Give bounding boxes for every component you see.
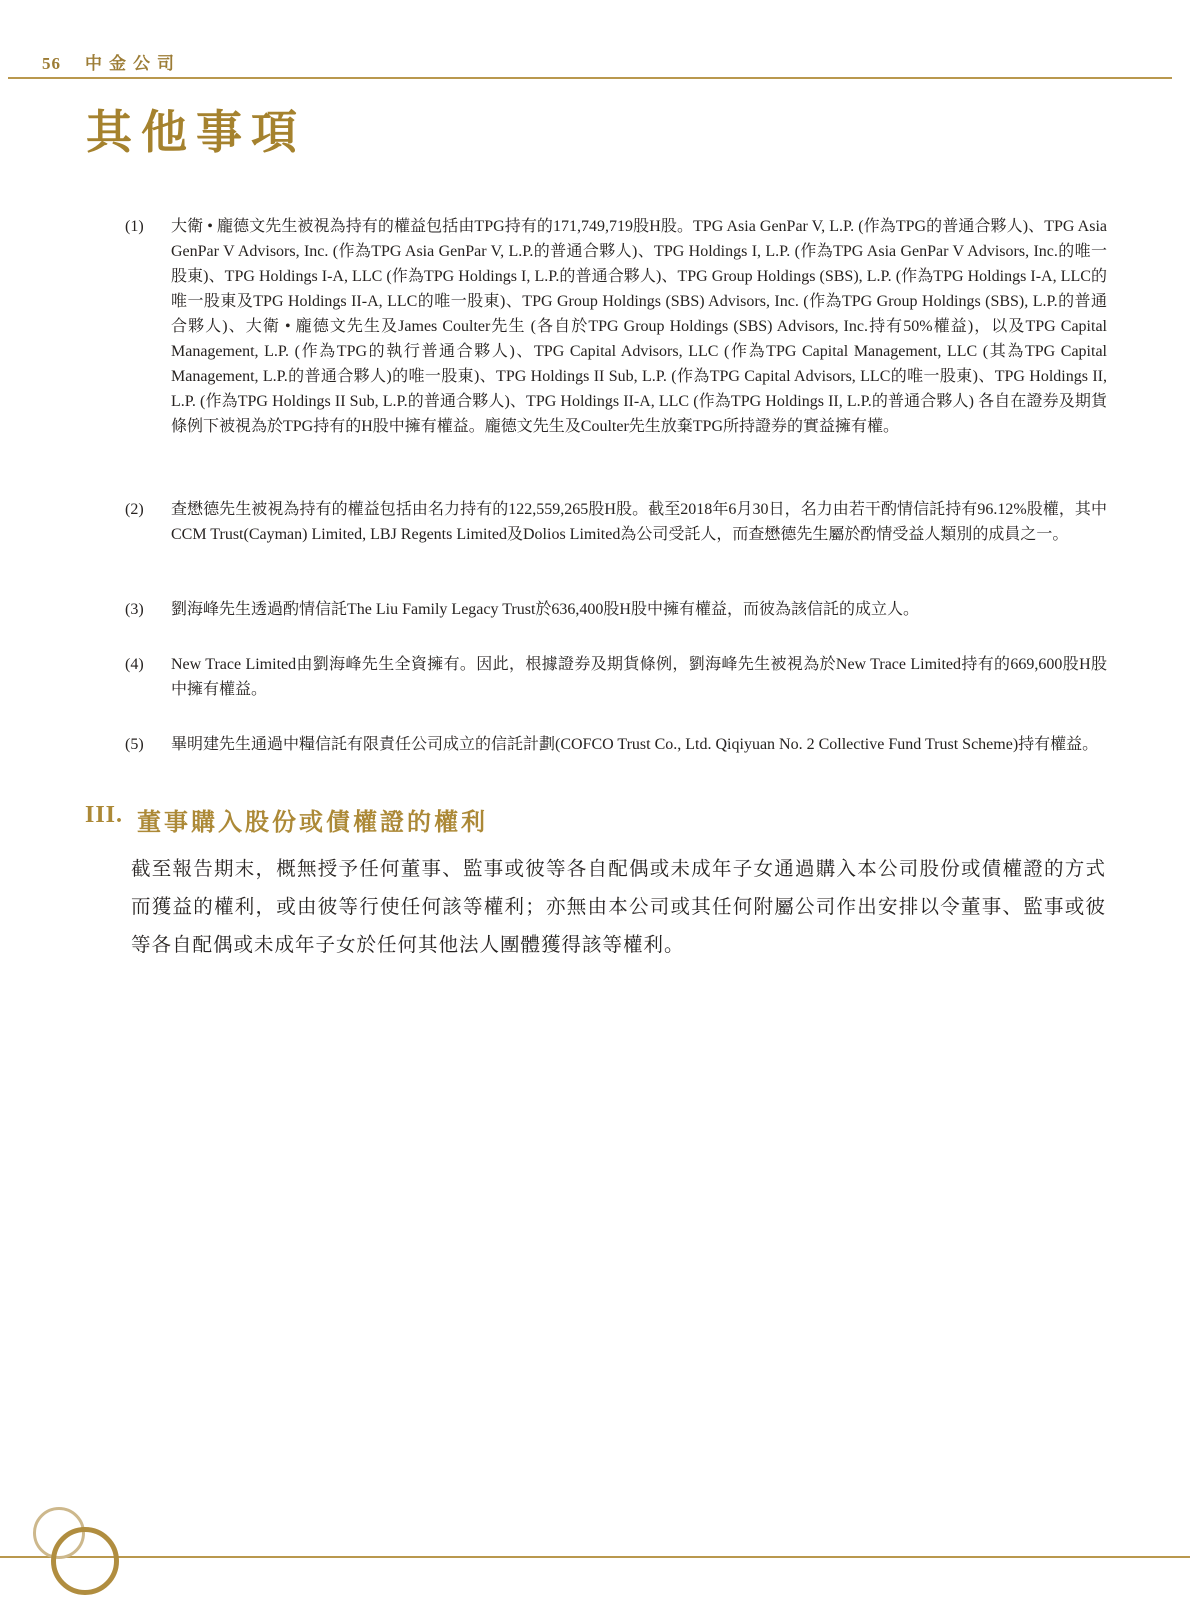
section-body: 截至報告期末，概無授予任何董事、監事或彼等各自配偶或未成年子女通過購入本公司股份… [131,851,1106,965]
section-heading-text: 董事購入股份或債權證的權利 [137,802,488,837]
footnote-item: (4) New Trace Limited由劉海峰先生全資擁有。因此，根據證券及… [125,652,1107,702]
document-page: 56中金公司 其他事項 (1) 大衛 • 龐德文先生被視為持有的權益包括由TPG… [0,0,1190,1615]
footnote-marker: (1) [125,214,171,239]
footnote-text: 畢明建先生通過中糧信託有限責任公司成立的信託計劃(COFCO Trust Co.… [171,732,1107,757]
page-number: 56 [42,54,61,73]
footnote-item: (1) 大衛 • 龐德文先生被視為持有的權益包括由TPG持有的171,749,7… [125,214,1107,439]
page-header: 56中金公司 [42,49,181,74]
footnote-text: New Trace Limited由劉海峰先生全資擁有。因此，根據證券及期貨條例… [171,652,1107,702]
footnote-item: (2) 查懋德先生被視為持有的權益包括由名力持有的122,559,265股H股。… [125,497,1107,547]
section-numeral: III. [85,802,123,837]
footnote-text: 劉海峰先生透過酌情信託The Liu Family Legacy Trust於6… [171,597,1107,622]
footer-rule [0,1556,1190,1558]
footnote-marker: (2) [125,497,171,522]
ornament-circle-large [51,1527,119,1595]
footnote-marker: (4) [125,652,171,677]
section-heading: III. 董事購入股份或債權證的權利 [85,802,488,837]
footnote-text: 大衛 • 龐德文先生被視為持有的權益包括由TPG持有的171,749,719股H… [171,214,1107,439]
footnote-item: (5) 畢明建先生通過中糧信託有限責任公司成立的信託計劃(COFCO Trust… [125,732,1107,757]
footnote-text: 查懋德先生被視為持有的權益包括由名力持有的122,559,265股H股。截至20… [171,497,1107,547]
footnote-item: (3) 劉海峰先生透過酌情信託The Liu Family Legacy Tru… [125,597,1107,622]
footnote-marker: (3) [125,597,171,622]
page-title: 其他事項 [86,96,306,162]
footnote-marker: (5) [125,732,171,757]
header-rule [8,77,1172,79]
company-name: 中金公司 [85,54,181,73]
